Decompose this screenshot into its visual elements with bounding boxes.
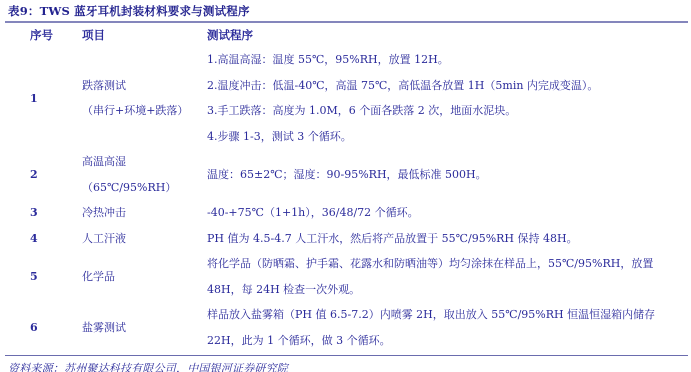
item-line: 化学品 <box>82 264 207 290</box>
cell-item-name: 人工汗液 <box>82 226 207 252</box>
procedure-line: 1.高温高湿：温度 55℃，95%RH，放置 12H。 <box>207 47 683 73</box>
cell-serial-no: 2 <box>30 168 82 181</box>
procedure-line: 48H，每 24H 检查一次外观。 <box>207 277 683 303</box>
item-line: （串行+环境+跌落） <box>82 98 207 124</box>
report-page: 表9：TWS 蓝牙耳机封装材料要求与测试程序 序号 项目 测试程序 1跌落测试（… <box>0 0 691 372</box>
cell-serial-no: 3 <box>30 206 82 219</box>
item-line: 人工汗液 <box>82 226 207 252</box>
procedure-line: 温度：65±2℃；湿度：90-95%RH，最低标准 500H。 <box>207 162 683 188</box>
table-header-row: 序号 项目 测试程序 <box>30 23 683 47</box>
cell-item-name: 冷热冲击 <box>82 200 207 226</box>
item-line: （65℃/95%RH） <box>82 175 207 201</box>
cell-serial-no: 4 <box>30 232 82 245</box>
item-line: 跌落测试 <box>82 73 207 99</box>
cell-serial-no: 6 <box>30 321 82 334</box>
source-note: 资料来源：苏州聚达科技有限公司，中国银河证券研究院 <box>0 356 691 372</box>
procedure-line: 2.温度冲击：低温-40℃，高温 75℃，高低温各放置 1H（5min 内完成变… <box>207 73 683 99</box>
cell-item-name: 跌落测试（串行+环境+跌落） <box>82 73 207 124</box>
cell-procedure-text: 温度：65±2℃；湿度：90-95%RH，最低标准 500H。 <box>207 162 683 188</box>
procedure-line: 4.步骤 1-3，测试 3 个循环。 <box>207 124 683 150</box>
table-row: 4人工汗液PH 值为 4.5-4.7 人工汗水，然后将产品放置于 55℃/95%… <box>30 226 683 252</box>
procedure-line: -40-+75℃（1+1h），36/48/72 个循环。 <box>207 200 683 226</box>
item-line: 盐雾测试 <box>82 315 207 341</box>
table-row: 2高温高湿（65℃/95%RH）温度：65±2℃；湿度：90-95%RH，最低标… <box>30 149 683 200</box>
procedure-line: 3.手工跌落：高度为 1.0M，6 个面各跌落 2 次，地面水泥块。 <box>207 98 683 124</box>
cell-procedure-text: PH 值为 4.5-4.7 人工汗水，然后将产品放置于 55℃/95%RH 保持… <box>207 226 683 252</box>
header-cell-item: 项目 <box>82 27 207 43</box>
cell-serial-no: 1 <box>30 92 82 105</box>
cell-item-name: 高温高湿（65℃/95%RH） <box>82 149 207 200</box>
cell-item-name: 盐雾测试 <box>82 315 207 341</box>
cell-procedure-text: 样品放入盐雾箱（PH 值 6.5-7.2）内喷雾 2H，取出放入 55℃/95%… <box>207 302 683 353</box>
table-row: 3冷热冲击-40-+75℃（1+1h），36/48/72 个循环。 <box>30 200 683 226</box>
header-cell-no: 序号 <box>30 27 82 43</box>
table-row: 1跌落测试（串行+环境+跌落）1.高温高湿：温度 55℃，95%RH，放置 12… <box>30 47 683 149</box>
header-cell-procedure: 测试程序 <box>207 27 683 43</box>
table-row: 6盐雾测试样品放入盐雾箱（PH 值 6.5-7.2）内喷雾 2H，取出放入 55… <box>30 302 683 353</box>
cell-serial-no: 5 <box>30 270 82 283</box>
item-line: 高温高湿 <box>82 149 207 175</box>
cell-item-name: 化学品 <box>82 264 207 290</box>
table-title: 表9：TWS 蓝牙耳机封装材料要求与测试程序 <box>0 0 691 20</box>
cell-procedure-text: 1.高温高湿：温度 55℃，95%RH，放置 12H。2.温度冲击：低温-40℃… <box>207 47 683 149</box>
cell-procedure-text: -40-+75℃（1+1h），36/48/72 个循环。 <box>207 200 683 226</box>
procedure-line: 22H，此为 1 个循环，做 3 个循环。 <box>207 328 683 354</box>
cell-procedure-text: 将化学品（防晒霜、护手霜、花露水和防晒油等）均匀涂抹在样品上，55℃/95%RH… <box>207 251 683 302</box>
procedure-line: PH 值为 4.5-4.7 人工汗水，然后将产品放置于 55℃/95%RH 保持… <box>207 226 683 252</box>
procedure-line: 将化学品（防晒霜、护手霜、花露水和防晒油等）均匀涂抹在样品上，55℃/95%RH… <box>207 251 683 277</box>
test-procedure-table: 序号 项目 测试程序 1跌落测试（串行+环境+跌落）1.高温高湿：温度 55℃，… <box>30 23 683 353</box>
item-line: 冷热冲击 <box>82 200 207 226</box>
table-body: 1跌落测试（串行+环境+跌落）1.高温高湿：温度 55℃，95%RH，放置 12… <box>30 47 683 353</box>
procedure-line: 样品放入盐雾箱（PH 值 6.5-7.2）内喷雾 2H，取出放入 55℃/95%… <box>207 302 683 328</box>
table-row: 5化学品将化学品（防晒霜、护手霜、花露水和防晒油等）均匀涂抹在样品上，55℃/9… <box>30 251 683 302</box>
